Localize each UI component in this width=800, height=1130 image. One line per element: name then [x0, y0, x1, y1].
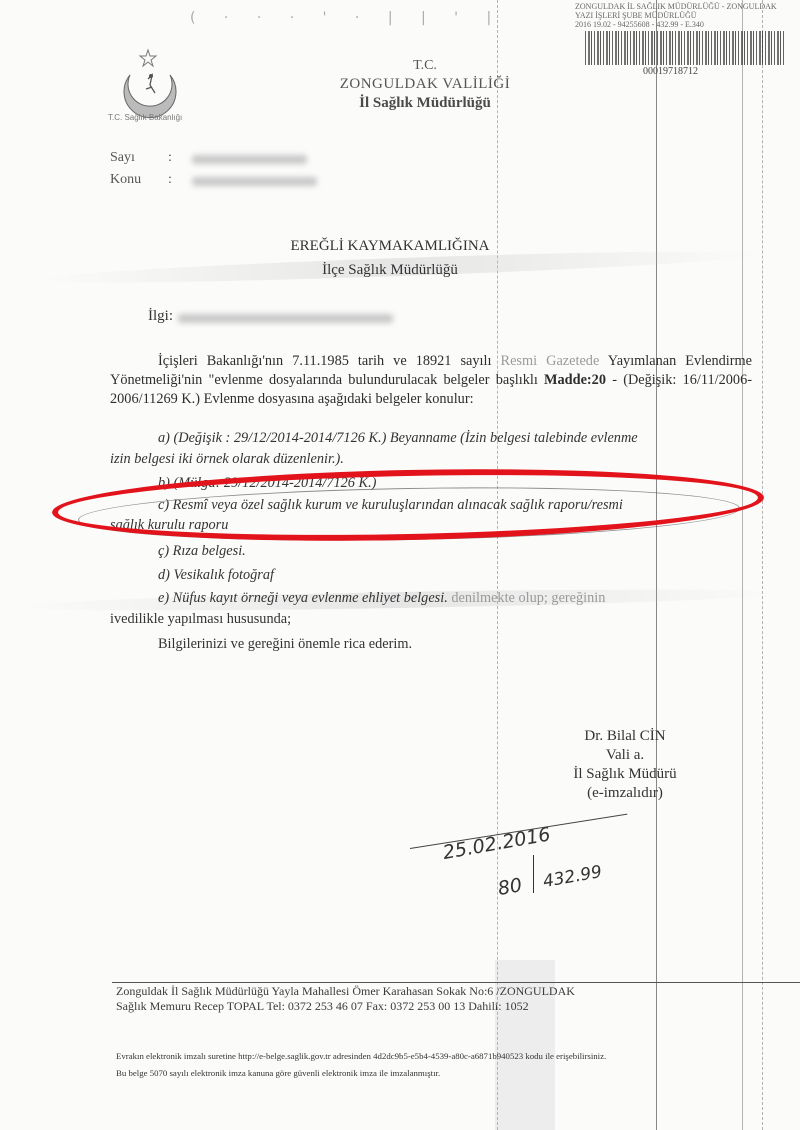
signer-title-2: İl Sağlık Müdürü [560, 765, 690, 784]
item-cc: ç) Rıza belgesi. [158, 543, 246, 560]
konu-colon: : [168, 172, 172, 188]
item-a-line2: izin belgesi iki örnek olarak düzenlenir… [110, 451, 344, 468]
konu-label: Konu [110, 172, 141, 188]
barcode-number: 00019718712 [643, 66, 800, 77]
esig-verification: Evrakın elektronik imzalı suretine http:… [116, 1051, 606, 1061]
barcode-stamp: ZONGULDAK İL SAĞLIK MÜDÜRLÜĞÜ - ZONGULDA… [575, 2, 800, 77]
barcode-line-2: YAZI İŞLERİ ŞUBE MÜDÜRLÜĞÜ [575, 11, 800, 20]
signer-name: Dr. Bilal CİN [560, 727, 690, 746]
item-e-line1: e) Nüfus kayıt örneği veya evlenme ehliy… [158, 590, 605, 607]
barcode-line-3: 2016 19.02 - 94255608 - 432.99 - E.340 [575, 20, 800, 29]
sayi-label: Sayı [110, 150, 135, 166]
addressee-title: EREĞLİ KAYMAKAMLIĞINA [200, 238, 580, 255]
item-d: d) Vesikalık fotoğraf [158, 567, 274, 584]
handwritten-file-code: 432.99 [542, 862, 604, 892]
sayi-colon: : [168, 150, 172, 166]
barcode-line-1: ZONGULDAK İL SAĞLIK MÜDÜRLÜĞÜ - ZONGULDA… [575, 2, 800, 11]
header-governorship: ZONGULDAK VALİLİĞİ [300, 76, 550, 93]
scan-fold-line [742, 0, 743, 1130]
ilgi-label: İlgi: [148, 308, 173, 325]
handwritten-divider [533, 855, 534, 893]
barcode-icon [585, 31, 785, 65]
scan-fold-line [656, 0, 657, 1130]
addressee-subtitle: İlçe Sağlık Müdürlüğü [200, 262, 580, 279]
handwritten-left-number: 80 [496, 874, 524, 900]
header-directorate: İl Sağlık Müdürlüğü [300, 95, 550, 112]
ilgi-value-redacted [178, 314, 393, 323]
closing-sentence: Bilgilerinizi ve gereğini önemle rica ed… [158, 636, 412, 653]
scan-fold-line [762, 0, 763, 1130]
sayi-value-redacted [192, 155, 307, 164]
header-tc: T.C. [300, 58, 550, 74]
footer-divider [112, 982, 800, 983]
konu-value-redacted [192, 177, 317, 186]
logo-caption: T.C. Sağlık Bakanlığı [108, 113, 182, 122]
footer-contact: Sağlık Memuru Recep TOPAL Tel: 0372 253 … [116, 999, 529, 1014]
item-e-line2: ivedilikle yapılması hususunda; [110, 611, 291, 628]
signer-note: (e-imzalıdır) [560, 784, 690, 803]
esig-legal-note: Bu belge 5070 sayılı elektronik imza kan… [116, 1068, 440, 1078]
item-a-line1: a) (Değişik : 29/12/2014-2014/7126 K.) B… [158, 430, 638, 447]
handwritten-scribble: ( · · · ' · | | ' | [190, 10, 503, 26]
footer-address: Zonguldak İl Sağlık Müdürlüğü Yayla Maha… [116, 984, 575, 999]
signer-title-1: Vali a. [560, 746, 690, 765]
intro-paragraph: İçişleri Bakanlığı'nın 7.11.1985 tarih v… [110, 352, 752, 409]
